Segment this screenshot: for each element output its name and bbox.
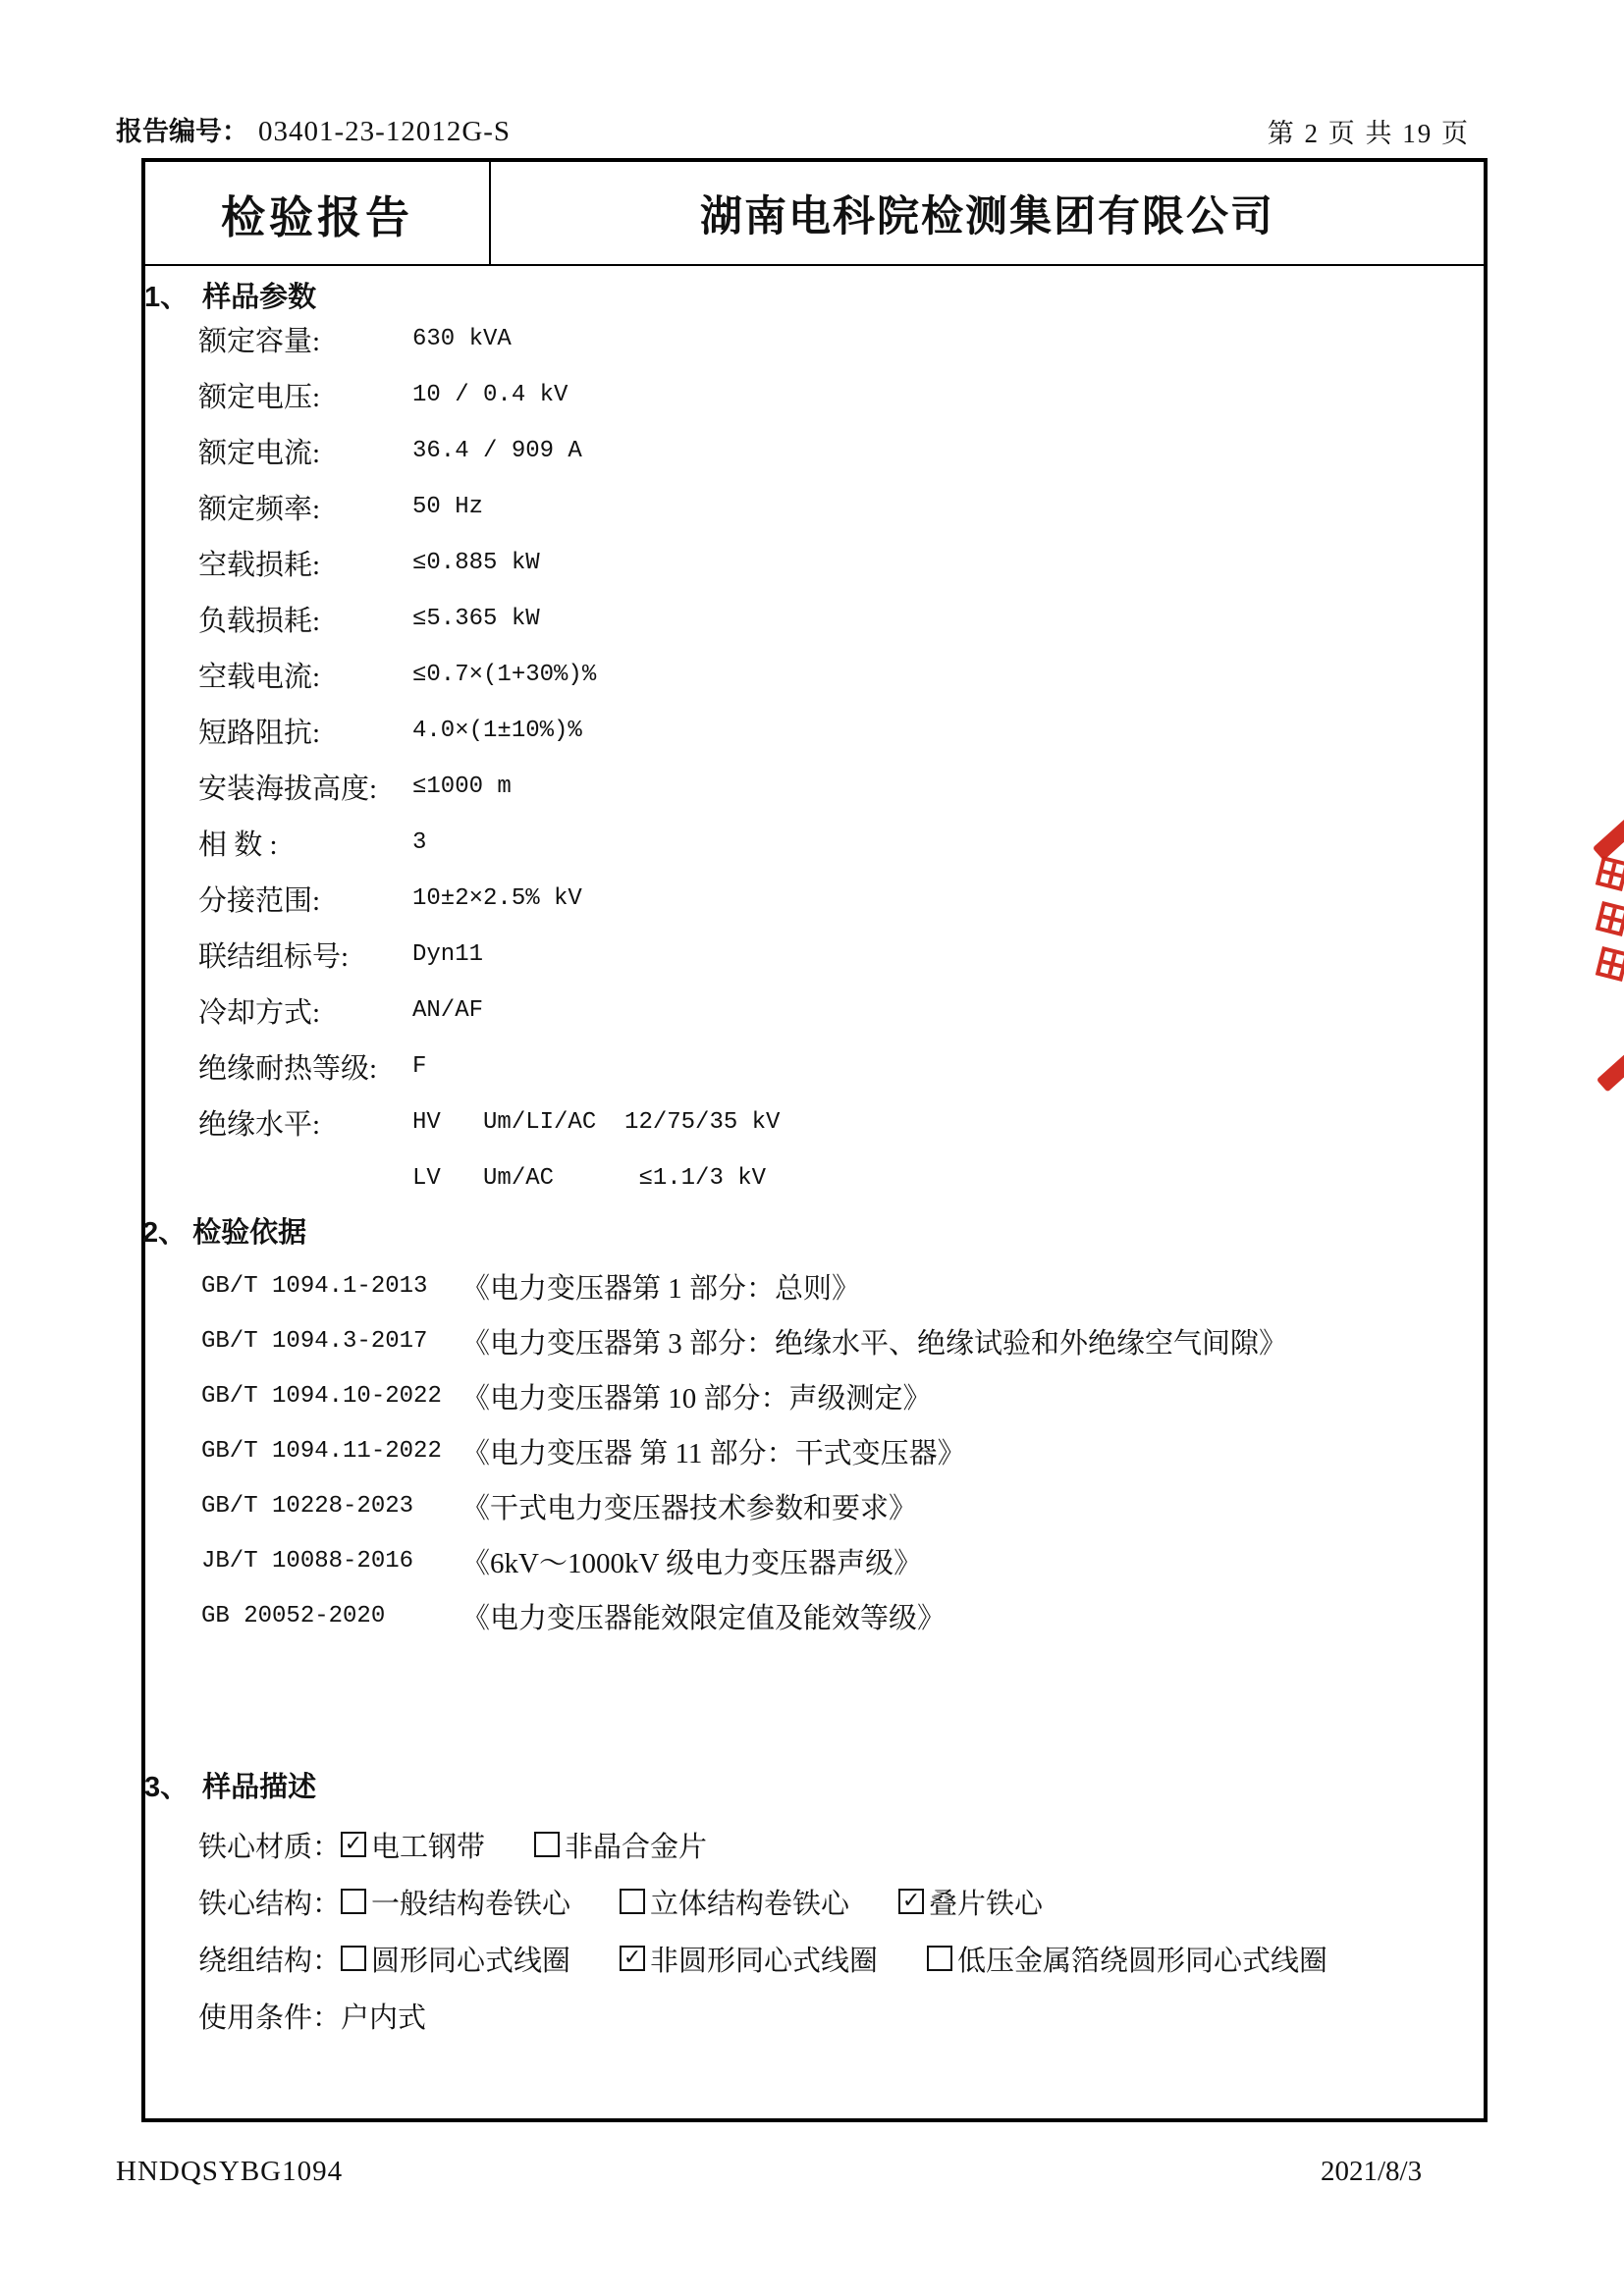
parameter-value: 3 [412, 829, 426, 856]
parameter-value: 36.4 / 909 A [412, 438, 582, 464]
standard-row: GB/T 1094.3-2017《电力变压器第 3 部分：绝缘水平、绝缘试验和外… [201, 1313, 1287, 1368]
parameter-label: 联结组标号: [198, 934, 412, 975]
parameter-row: 冷却方式:AN/AF [198, 983, 780, 1039]
description-row: 铁心材质： ✓电工钢带 非晶合金片 [198, 1816, 1377, 1873]
option-label: 圆形同心式线圈 [371, 1939, 570, 1979]
standard-name: 《电力变压器第 3 部分：绝缘水平、绝缘试验和外绝缘空气间隙》 [461, 1321, 1287, 1362]
parameter-value: 4.0×(1±10%)% [412, 718, 582, 744]
parameter-label: 额定频率: [198, 487, 412, 527]
standard-code: GB/T 1094.11-2022 [201, 1438, 461, 1465]
checkbox-unchecked-icon [620, 1889, 645, 1914]
standard-row: GB/T 1094.1-2013《电力变压器第 1 部分：总则》 [201, 1258, 1287, 1313]
option-label: 非圆形同心式线圈 [650, 1939, 878, 1979]
standard-row: GB/T 1094.10-2022《电力变压器第 10 部分：声级测定》 [201, 1368, 1287, 1423]
parameter-row: 额定电流:36.4 / 909 A [198, 423, 780, 479]
description-label: 铁心结构： [198, 1882, 341, 1922]
company-name: 湖南电科院检测集团有限公司 [491, 162, 1484, 264]
parameter-label: 相 数 : [198, 823, 412, 863]
parameter-label: 额定电压: [198, 375, 412, 415]
standard-row: GB 20052-2020《电力变压器能效限定值及能效等级》 [201, 1588, 1287, 1643]
section1-title: 样品参数 [202, 275, 316, 315]
report-page: 报告编号： 03401-23-12012G-S 第 2 页 共 19 页 检验报… [0, 0, 1624, 2296]
parameter-label: 空载电流: [198, 655, 412, 695]
parameter-label: 绝缘水平: [198, 1102, 412, 1143]
page-indicator: 第 2 页 共 19 页 [1268, 112, 1470, 150]
parameter-row: 负载损耗:≤5.365 kW [198, 591, 780, 647]
parameter-label: 负载损耗: [198, 599, 412, 639]
seal-stroke-icon [1593, 799, 1624, 860]
option-label: 电工钢带 [371, 1825, 485, 1865]
parameter-row: 空载损耗:≤0.885 kW [198, 535, 780, 591]
option-core-material-steel: ✓电工钢带 [341, 1825, 485, 1865]
standard-row: GB/T 10228-2023《干式电力变压器技术参数和要求》 [201, 1478, 1287, 1533]
checkbox-checked-icon: ✓ [620, 1946, 645, 1971]
option-core-structure-laminated: ✓叠片铁心 [898, 1882, 1043, 1922]
parameter-value: 10 / 0.4 kV [412, 382, 568, 408]
standard-code: GB 20052-2020 [201, 1603, 461, 1629]
standard-name: 《电力变压器第 1 部分：总则》 [461, 1266, 860, 1307]
standard-name: 《电力变压器第 10 部分：声级测定》 [461, 1376, 932, 1416]
parameter-row: 绝缘耐热等级:F [198, 1039, 780, 1095]
standard-row: GB/T 1094.11-2022《电力变压器 第 11 部分：干式变压器》 [201, 1423, 1287, 1478]
parameter-row: 分接范围:10±2×2.5% kV [198, 871, 780, 927]
checkbox-unchecked-icon [927, 1946, 952, 1971]
standard-code: GB/T 10228-2023 [201, 1493, 461, 1520]
section1-heading: 1、 样品参数 [144, 276, 316, 313]
seal-character-icon [1596, 946, 1624, 982]
option-core-material-amorphous: 非晶合金片 [534, 1825, 707, 1865]
footer-date: 2021/8/3 [1321, 2156, 1422, 2188]
description-row: 铁心结构： 一般结构卷铁心 立体结构卷铁心 ✓叠片铁心 [198, 1873, 1377, 1930]
parameter-value: ≤1000 m [412, 774, 512, 800]
option-label: 一般结构卷铁心 [371, 1882, 570, 1922]
report-title: 检验报告 [145, 162, 491, 264]
standard-code: GB/T 1094.1-2013 [201, 1273, 461, 1300]
parameter-row: 联结组标号:Dyn11 [198, 927, 780, 983]
parameter-label: 空载损耗: [198, 543, 412, 583]
report-no-value: 03401-23-12012G-S [258, 116, 511, 148]
parameter-row: 额定容量:630 kVA [198, 311, 780, 367]
option-label: 非晶合金片 [565, 1825, 707, 1865]
checkbox-unchecked-icon [341, 1889, 366, 1914]
description-label: 使用条件： [198, 1996, 341, 2036]
page-header: 报告编号： 03401-23-12012G-S 第 2 页 共 19 页 [0, 110, 1624, 149]
description-list: 铁心材质： ✓电工钢带 非晶合金片 铁心结构： 一般结构卷铁心 立体结构卷铁心 … [198, 1816, 1377, 2044]
option-core-structure-3d: 立体结构卷铁心 [620, 1882, 849, 1922]
section2-heading: 2、 检验依据 [142, 1211, 306, 1249]
section3-number: 3、 [144, 1765, 189, 1805]
parameter-row: 额定电压:10 / 0.4 kV [198, 367, 780, 423]
section2-title: 检验依据 [192, 1210, 306, 1251]
parameter-value: F [412, 1053, 426, 1080]
footer-document-code: HNDQSYBG1094 [116, 2156, 343, 2188]
option-winding-foil: 低压金属箔绕圆形同心式线圈 [927, 1939, 1327, 1979]
seal-character-icon [1596, 856, 1624, 891]
standard-code: GB/T 1094.10-2022 [201, 1383, 461, 1410]
red-seal-fragment [1579, 790, 1624, 1104]
parameter-label: 分接范围: [198, 879, 412, 919]
parameter-value: Dyn11 [412, 941, 483, 968]
parameter-value: ≤5.365 kW [412, 606, 540, 632]
parameter-value: ≤0.7×(1+30%)% [412, 662, 596, 688]
parameter-list: 额定容量:630 kVA 额定电压:10 / 0.4 kV 额定电流:36.4 … [198, 311, 780, 1206]
standard-code: GB/T 1094.3-2017 [201, 1328, 461, 1355]
checkbox-unchecked-icon [534, 1832, 560, 1857]
standard-name: 《电力变压器 第 11 部分：干式变压器》 [461, 1431, 966, 1471]
option-label: 叠片铁心 [929, 1882, 1043, 1922]
option-label: 立体结构卷铁心 [650, 1882, 849, 1922]
checkbox-checked-icon: ✓ [898, 1889, 924, 1914]
parameter-label: 绝缘耐热等级: [198, 1046, 412, 1087]
description-label: 铁心材质： [198, 1825, 341, 1865]
seal-stroke-icon [1597, 1031, 1624, 1092]
parameter-value: 630 kVA [412, 326, 512, 352]
parameter-label: 安装海拔高度: [198, 767, 412, 807]
section2-number: 2、 [142, 1210, 187, 1251]
seal-character-icon [1596, 901, 1624, 936]
description-row: 使用条件： 户内式 [198, 1987, 1377, 2044]
standard-code: JB/T 10088-2016 [201, 1548, 461, 1575]
report-number-group: 报告编号： 03401-23-12012G-S [116, 110, 511, 148]
section3-title: 样品描述 [202, 1765, 316, 1805]
parameter-value: ≤0.885 kW [412, 550, 540, 576]
parameter-label: 短路阻抗: [198, 711, 412, 751]
standard-name: 《电力变压器能效限定值及能效等级》 [461, 1596, 946, 1636]
description-label: 绕组结构： [198, 1939, 341, 1979]
checkbox-checked-icon: ✓ [341, 1832, 366, 1857]
parameter-value: 10±2×2.5% kV [412, 885, 582, 912]
section3-heading: 3、 样品描述 [144, 1766, 316, 1803]
parameter-row: 短路阻抗:4.0×(1±10%)% [198, 703, 780, 759]
option-winding-noncircular: ✓非圆形同心式线圈 [620, 1939, 878, 1979]
parameter-row: 额定频率:50 Hz [198, 479, 780, 535]
parameter-value: HV Um/LI/AC 12/75/35 kV [412, 1109, 780, 1136]
parameter-row: 安装海拔高度:≤1000 m [198, 759, 780, 815]
parameter-row: 相 数 :3 [198, 815, 780, 871]
standards-list: GB/T 1094.1-2013《电力变压器第 1 部分：总则》 GB/T 10… [201, 1258, 1287, 1643]
description-value: 户内式 [341, 1996, 426, 2036]
parameter-value: AN/AF [412, 997, 483, 1024]
standard-name: 《干式电力变压器技术参数和要求》 [461, 1486, 917, 1526]
report-no-label: 报告编号： [116, 110, 248, 148]
title-block: 检验报告 湖南电科院检测集团有限公司 [145, 162, 1484, 266]
parameter-row: 绝缘水平:HV Um/LI/AC 12/75/35 kV [198, 1095, 780, 1150]
section1-number: 1、 [144, 275, 189, 315]
standard-row: JB/T 10088-2016《6kV～1000kV 级电力变压器声级》 [201, 1533, 1287, 1588]
parameter-label: 额定容量: [198, 319, 412, 359]
option-label: 低压金属箔绕圆形同心式线圈 [957, 1939, 1327, 1979]
description-row: 绕组结构： 圆形同心式线圈 ✓非圆形同心式线圈 低压金属箔绕圆形同心式线圈 [198, 1930, 1377, 1987]
parameter-row: LV Um/AC ≤1.1/3 kV [198, 1150, 780, 1206]
parameter-label: 额定电流: [198, 431, 412, 471]
parameter-row: 空载电流:≤0.7×(1+30%)% [198, 647, 780, 703]
parameter-value: LV Um/AC ≤1.1/3 kV [412, 1165, 766, 1192]
option-core-structure-general: 一般结构卷铁心 [341, 1882, 570, 1922]
checkbox-unchecked-icon [341, 1946, 366, 1971]
parameter-value: 50 Hz [412, 494, 483, 520]
parameter-label: 冷却方式: [198, 990, 412, 1031]
standard-name: 《6kV～1000kV 级电力变压器声级》 [461, 1541, 922, 1581]
option-winding-circular: 圆形同心式线圈 [341, 1939, 570, 1979]
